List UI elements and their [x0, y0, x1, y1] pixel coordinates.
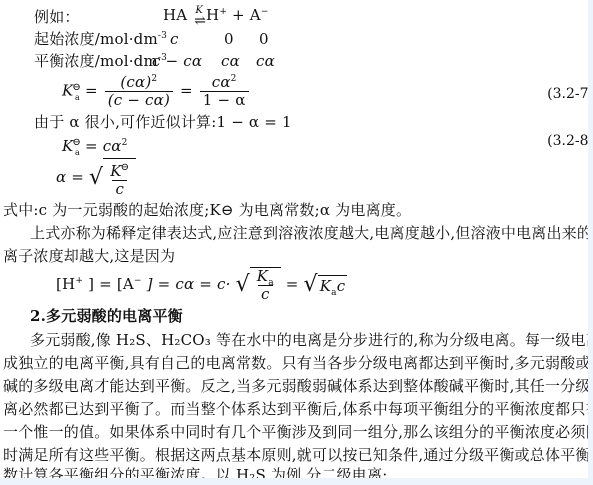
ion-concentration-equation: [H+ ] = [A− ] = cα = c· √Kac = √Kac: [56, 267, 347, 303]
equilibrium-concentration-row: 平衡浓度/mol·dm-3: [34, 51, 167, 71]
paragraph2-line5: 一个惟一的值。如果体系中同时有几个平衡涉及到同一组分,那么该组分的平衡浓度必须同: [3, 422, 588, 442]
initial-h: 0: [224, 29, 234, 49]
paragraph2-line6: 时满足所有这些平衡。根据这两点基本原则,就可以按已知条件,通过分级平衡或总体平衡…: [3, 445, 588, 465]
equilibrium-ha: c − cα: [152, 51, 202, 71]
example-label: 例如：: [34, 7, 80, 27]
textbook-page: 例如： HA K⇌H+ + A− 起始浓度/mol·dm-3 c 0 0 平衡浓…: [0, 0, 588, 478]
equation-number-3-2-7: (3.2-7): [547, 86, 588, 102]
paragraph2-line3: 碱的多级电离才能达到平衡。反之,当多元弱酸弱碱体系达到整体酸碱平衡时,其任一分级…: [3, 376, 588, 396]
paragraph2-line7: 数计算各平衡组分的平衡浓度。以 H₂S 为例,分二级电离:: [3, 465, 388, 478]
equilibrium-h: cα: [221, 51, 240, 71]
initial-a: 0: [259, 29, 269, 49]
equation-3-2-7: K⊖a = (cα)2(c − cα) = cα21 − α: [62, 74, 251, 109]
paragraph2-line4: 离必然都已达到平衡了。而当整个体系达到平衡后,体系中每项平衡组分的平衡浓度都只有: [3, 399, 588, 419]
approximation-text: 由于 α 很小,可作近似计算:1 − α = 1: [34, 112, 292, 132]
alpha-equation: α = √K⊖c: [56, 158, 136, 198]
paragraph1-line2: 离子浓度却越大,这是因为: [3, 246, 175, 266]
equilibrium-a: cα: [256, 51, 275, 71]
initial-concentration-row: 起始浓度/mol·dm-3: [34, 29, 167, 49]
equation-number-3-2-8: (3.2-8): [547, 133, 588, 149]
definitions-text: 式中:c 为一元弱酸的起始浓度;K⊖ 为电离常数;α 为电离度。: [3, 200, 411, 220]
paragraph2-line2: 成独立的电离平衡,具有自己的电离常数。只有当各步分级电离都达到平衡时,多元弱酸或…: [3, 353, 588, 373]
initial-c: c: [170, 29, 179, 49]
equilibrium-arrow-icon: K⇌: [194, 6, 204, 26]
paragraph1-line1: 上式亦称为稀释定律表达式,应注意到溶液浓度越大,电离度越小,但溶液中电离出来的: [30, 223, 588, 243]
section-title: 2.多元弱酸的电离平衡: [30, 306, 183, 326]
paragraph2-line1: 多元弱酸,像 H₂S、H₂CO₃ 等在水中的电离是分步进行的,称为分级电离。每一…: [30, 330, 588, 350]
reaction-equation: HA K⇌H+ + A−: [163, 5, 269, 26]
